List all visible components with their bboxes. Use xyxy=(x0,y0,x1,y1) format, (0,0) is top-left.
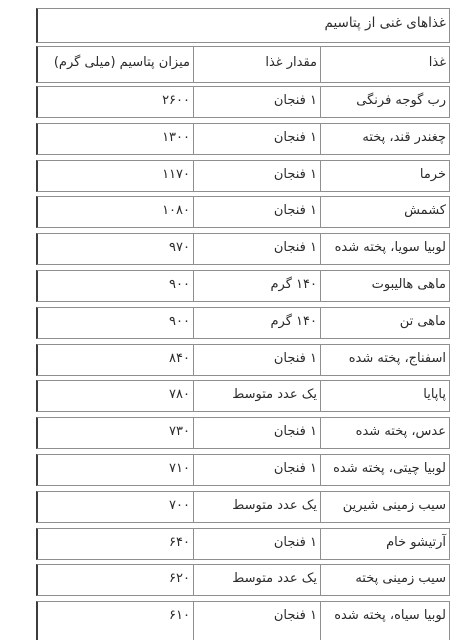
table-row: لوبیا سیاه، پخته شده ۱ فنجان ۶۱۰ xyxy=(36,601,450,640)
food-amount-cell: ۱ فنجان xyxy=(193,418,320,448)
food-amount-cell: ۱ فنجان xyxy=(193,529,320,559)
food-name-cell: کشمش xyxy=(320,197,449,227)
potassium-value-cell: ۷۸۰ xyxy=(38,381,193,411)
food-name-cell: پاپایا xyxy=(320,381,449,411)
table-row: سیب زمینی پخته یک عدد متوسط ۶۲۰ xyxy=(36,564,450,596)
table-row: خرما ۱ فنجان ۱۱۷۰ xyxy=(36,160,450,192)
food-name-cell: لوبیا چیتی، پخته شده xyxy=(320,455,449,485)
table-row: کشمش ۱ فنجان ۱۰۸۰ xyxy=(36,196,450,228)
potassium-value-cell: ۸۴۰ xyxy=(38,345,193,375)
potassium-value-cell: ۹۰۰ xyxy=(38,271,193,301)
table-row: رب گوجه فرنگی ۱ فنجان ۲۶۰۰ xyxy=(36,86,450,118)
food-amount-cell: ۱۴۰ گرم xyxy=(193,271,320,301)
food-amount-cell: ۱ فنجان xyxy=(193,602,320,640)
table-body: رب گوجه فرنگی ۱ فنجان ۲۶۰۰ چغندر قند، پخ… xyxy=(36,86,450,640)
header-food: غذا xyxy=(320,47,449,82)
food-name-cell: ماهی تن xyxy=(320,308,449,338)
potassium-value-cell: ۹۰۰ xyxy=(38,308,193,338)
food-name-cell: خرما xyxy=(320,161,449,191)
food-name-cell: لوبیا سیاه، پخته شده xyxy=(320,602,449,640)
table-row: ماهی هالیبوت ۱۴۰ گرم ۹۰۰ xyxy=(36,270,450,302)
table-row: چغندر قند، پخته ۱ فنجان ۱۳۰۰ xyxy=(36,123,450,155)
food-amount-cell: ۱۴۰ گرم xyxy=(193,308,320,338)
table-row: آرتیشو خام ۱ فنجان ۶۴۰ xyxy=(36,528,450,560)
table-row: لوبیا سویا، پخته شده ۱ فنجان ۹۷۰ xyxy=(36,233,450,265)
document-page: غذاهای غنی از پتاسیم غذا مقدار غذا میزان… xyxy=(0,0,474,640)
table-title: غذاهای غنی از پتاسیم xyxy=(324,15,446,42)
potassium-value-cell: ۱۰۸۰ xyxy=(38,197,193,227)
table-row: لوبیا چیتی، پخته شده ۱ فنجان ۷۱۰ xyxy=(36,454,450,486)
potassium-foods-table: غذاهای غنی از پتاسیم غذا مقدار غذا میزان… xyxy=(36,8,450,640)
food-name-cell: سیب زمینی پخته xyxy=(320,565,449,595)
food-amount-cell: ۱ فنجان xyxy=(193,161,320,191)
food-amount-cell: ۱ فنجان xyxy=(193,197,320,227)
table-row: عدس، پخته شده ۱ فنجان ۷۳۰ xyxy=(36,417,450,449)
table-row: پاپایا یک عدد متوسط ۷۸۰ xyxy=(36,380,450,412)
potassium-value-cell: ۹۷۰ xyxy=(38,234,193,264)
food-amount-cell: یک عدد متوسط xyxy=(193,492,320,522)
potassium-value-cell: ۲۶۰۰ xyxy=(38,87,193,117)
food-amount-cell: ۱ فنجان xyxy=(193,455,320,485)
food-name-cell: سیب زمینی شیرین xyxy=(320,492,449,522)
table-title-row: غذاهای غنی از پتاسیم xyxy=(36,8,450,43)
food-amount-cell: یک عدد متوسط xyxy=(193,565,320,595)
header-food-amount: مقدار غذا xyxy=(193,47,320,82)
food-name-cell: چغندر قند، پخته xyxy=(320,124,449,154)
potassium-value-cell: ۷۰۰ xyxy=(38,492,193,522)
food-name-cell: رب گوجه فرنگی xyxy=(320,87,449,117)
potassium-value-cell: ۶۲۰ xyxy=(38,565,193,595)
potassium-value-cell: ۱۱۷۰ xyxy=(38,161,193,191)
food-name-cell: عدس، پخته شده xyxy=(320,418,449,448)
food-name-cell: اسفناج، پخته شده xyxy=(320,345,449,375)
food-amount-cell: ۱ فنجان xyxy=(193,345,320,375)
food-amount-cell: ۱ فنجان xyxy=(193,87,320,117)
potassium-value-cell: ۷۳۰ xyxy=(38,418,193,448)
food-amount-cell: یک عدد متوسط xyxy=(193,381,320,411)
potassium-value-cell: ۱۳۰۰ xyxy=(38,124,193,154)
potassium-value-cell: ۶۱۰ xyxy=(38,602,193,640)
header-potassium-amount: میزان پتاسیم (میلی گرم) xyxy=(38,47,193,82)
table-row: سیب زمینی شیرین یک عدد متوسط ۷۰۰ xyxy=(36,491,450,523)
food-name-cell: آرتیشو خام xyxy=(320,529,449,559)
food-amount-cell: ۱ فنجان xyxy=(193,234,320,264)
food-amount-cell: ۱ فنجان xyxy=(193,124,320,154)
food-name-cell: ماهی هالیبوت xyxy=(320,271,449,301)
table-row: ماهی تن ۱۴۰ گرم ۹۰۰ xyxy=(36,307,450,339)
potassium-value-cell: ۶۴۰ xyxy=(38,529,193,559)
potassium-value-cell: ۷۱۰ xyxy=(38,455,193,485)
table-row: اسفناج، پخته شده ۱ فنجان ۸۴۰ xyxy=(36,344,450,376)
table-header-row: غذا مقدار غذا میزان پتاسیم (میلی گرم) xyxy=(36,46,450,83)
food-name-cell: لوبیا سویا، پخته شده xyxy=(320,234,449,264)
